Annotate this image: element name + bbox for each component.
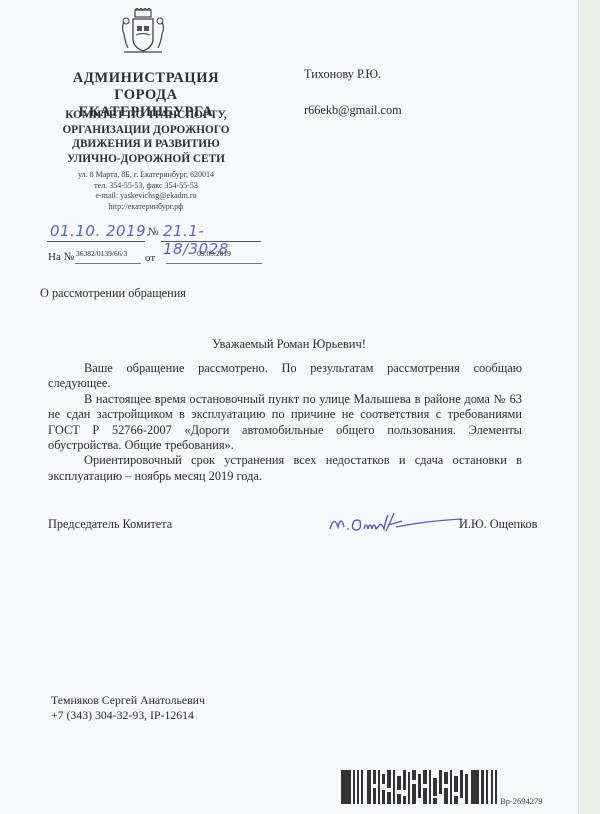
ref-underline [166, 263, 262, 264]
executor-name: Темняков Сергей Анатольевич [51, 693, 205, 708]
committee-name: КОМИТЕТ ПО ТРАНСПОРТУ, ОРГАНИЗАЦИИ ДОРОЖ… [46, 108, 246, 166]
executor-contact: +7 (343) 304-32-93, IP-12614 [51, 708, 205, 723]
contact-block: ул. 8 Марта, 8Б, г. Екатеринбург, 620014… [46, 170, 246, 212]
committee-line: КОМИТЕТ ПО ТРАНСПОРТУ, [46, 108, 246, 123]
signatory-title: Председатель Комитета [48, 517, 172, 532]
barcode-icon [341, 768, 521, 806]
recipient-name: Тихонову Р.Ю. [304, 67, 381, 82]
letter-page: АДМИНИСТРАЦИЯ ГОРОДА ЕКАТЕРИНБУРГА КОМИТ… [0, 0, 578, 814]
address: ул. 8 Марта, 8Б, г. Екатеринбург, 620014 [46, 170, 246, 181]
committee-line: ДВИЖЕНИЯ И РАЗВИТИЮ [46, 137, 246, 152]
city-coat-of-arms-icon [118, 8, 168, 56]
outgoing-date: 01.10. 2019. [50, 222, 151, 240]
paper-edge [578, 0, 600, 814]
letter-body: Ваше обращение рассмотрено. По результат… [48, 361, 522, 484]
ref-underline [75, 263, 141, 264]
reply-date: 05.09.2019 [184, 249, 244, 258]
org-line-1: АДМИНИСТРАЦИЯ [46, 70, 246, 87]
number-sign: № [148, 226, 159, 238]
letter-subject: О рассмотрении обращения [40, 286, 186, 301]
signatory-name: И.Ю. Ощепков [459, 517, 537, 532]
executor-block: Темняков Сергей Анатольевич +7 (343) 304… [51, 693, 205, 723]
org-email: e-mail: yaskevichsg@ekadm.ru [46, 191, 246, 202]
reply-to-number: 36382/0139/66/3 [76, 249, 127, 258]
recipient-email: r66ekb@gmail.com [304, 103, 402, 118]
website: http://екатеринбург.рф [46, 202, 246, 213]
reply-reference: На № 36382/0139/66/3 от 05.09.2019 [48, 249, 268, 265]
barcode-id: Вр-2694279 [500, 796, 543, 806]
phone: тел. 354-55-53, факс 354-55-53 [46, 181, 246, 192]
registration-line: 01.10. 2019. № 21.1-18/3028 [47, 222, 262, 242]
reply-to-label: На № [48, 251, 74, 263]
number-underline [161, 241, 261, 242]
committee-line: УЛИЧНО-ДОРОЖНОЙ СЕТИ [46, 152, 246, 167]
handwritten-signature [326, 507, 466, 535]
committee-line: ОРГАНИЗАЦИИ ДОРОЖНОГО [46, 123, 246, 138]
date-underline [47, 241, 145, 242]
body-paragraph: Ориентировочный срок устранения всех нед… [48, 453, 522, 484]
reply-from-label: от [145, 252, 155, 264]
body-paragraph: Ваше обращение рассмотрено. По результат… [48, 361, 522, 392]
salutation: Уважаемый Роман Юрьевич! [0, 337, 578, 352]
body-paragraph: В настоящее время остановочный пункт по … [48, 392, 522, 454]
